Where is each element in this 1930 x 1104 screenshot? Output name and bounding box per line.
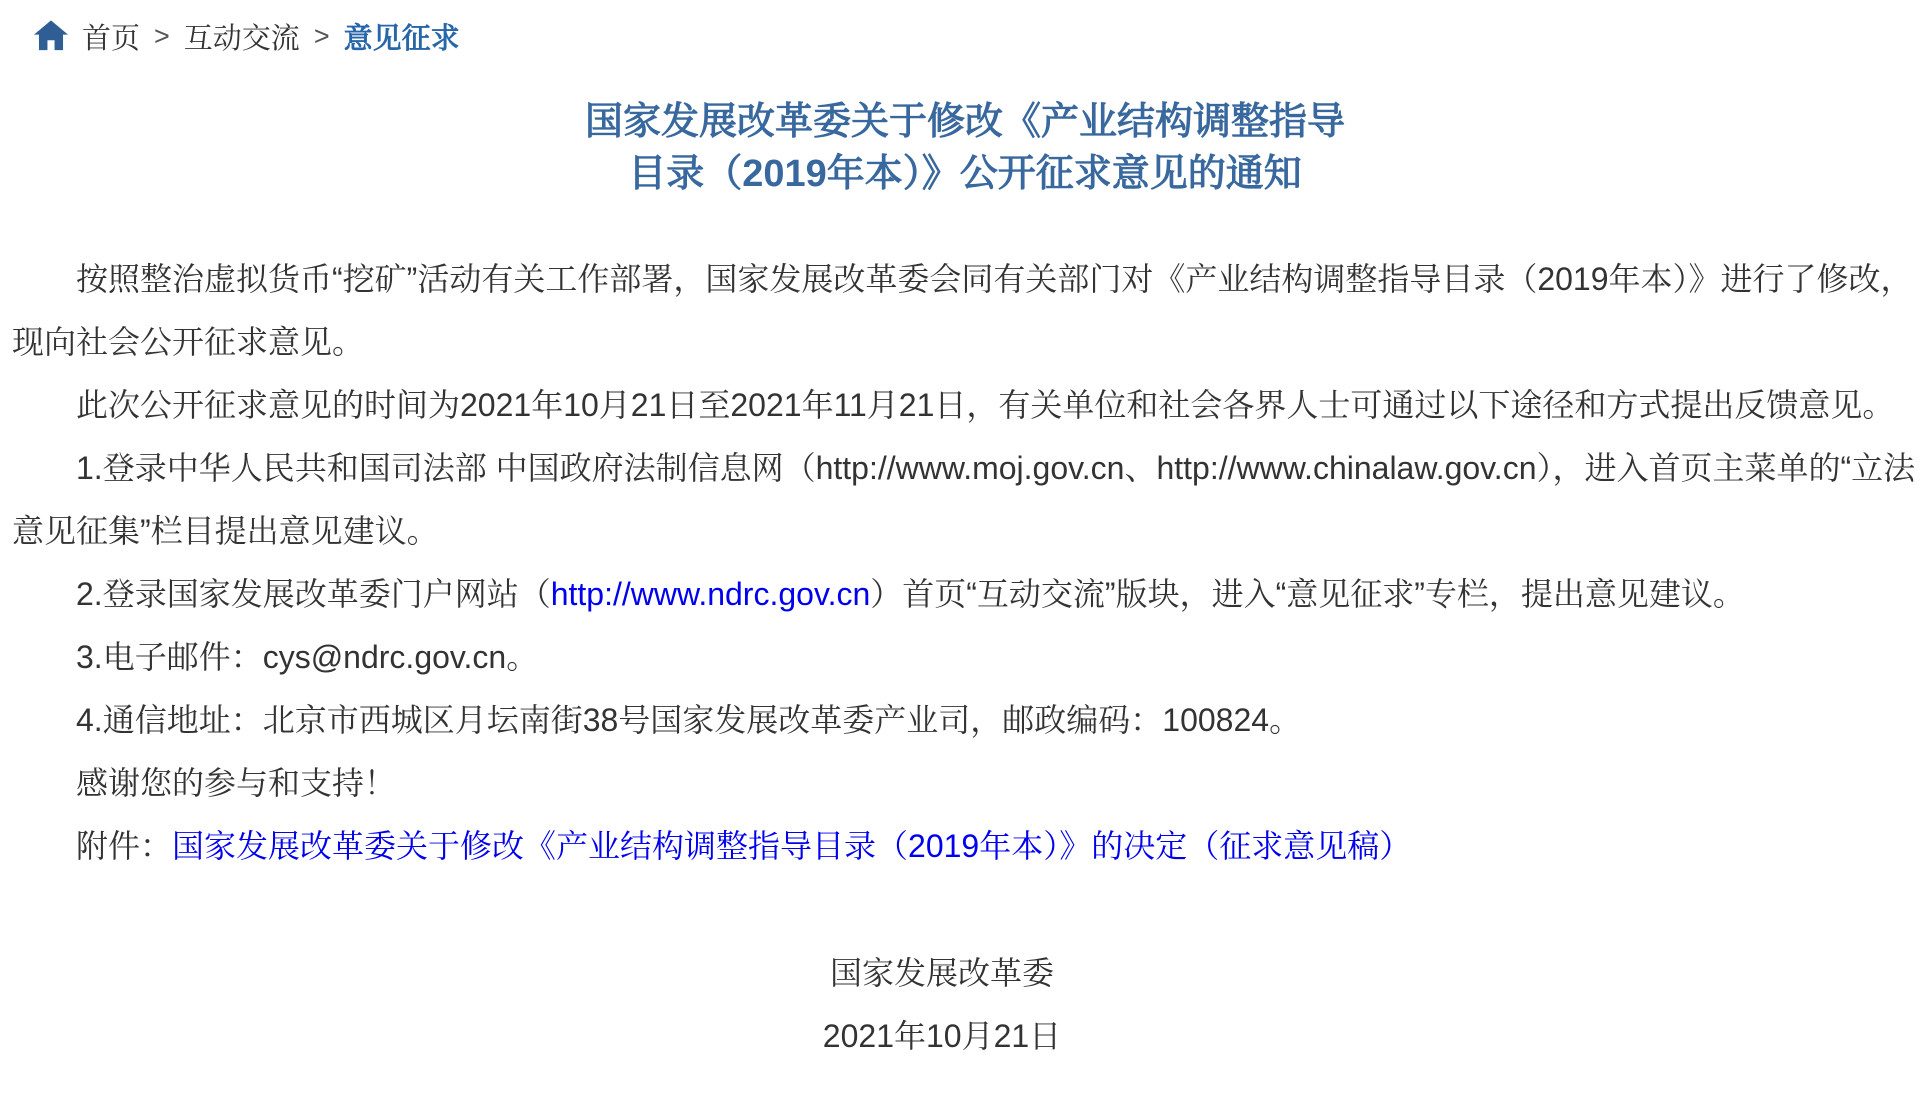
channel-ndrc-text-post: ）首页“互动交流”版块，进入“意见征求”专栏，提出意见建议。 (870, 576, 1745, 612)
paragraph-timeframe: 此次公开征求意见的时间为2021年10月21日至2021年11月21日，有关单位… (12, 374, 1918, 437)
page-title-line1: 国家发展改革委关于修改《产业结构调整指导 (0, 96, 1930, 148)
paragraph-channel-email: 3.电子邮件：cys@ndrc.gov.cn。 (12, 626, 1918, 689)
paragraph-intro: 按照整治虚拟货币“挖矿”活动有关工作部署，国家发展改革委会同有关部门对《产业结构… (12, 248, 1918, 374)
signature-block: 国家发展改革委 2021年10月21日 (12, 942, 1918, 1068)
breadcrumb-separator: > (154, 21, 170, 52)
page-title-line2: 目录（2019年本）》公开征求意见的通知 (0, 148, 1930, 200)
signature-org: 国家发展改革委 (12, 942, 1808, 1005)
paragraph-channel-mail-address: 4.通信地址：北京市西城区月坛南街38号国家发展改革委产业司，邮政编码：1008… (12, 689, 1918, 752)
attachment-label: 附件： (76, 828, 172, 864)
attachment-link[interactable]: 国家发展改革委关于修改《产业结构调整指导目录（2019年本）》的决定（征求意见稿… (172, 828, 1411, 864)
ndrc-website-link[interactable]: http://www.ndrc.gov.cn (551, 576, 871, 612)
signature-date: 2021年10月21日 (12, 1005, 1808, 1068)
channel-ndrc-text-pre: 2.登录国家发展改革委门户网站（ (76, 576, 551, 612)
article-body: 按照整治虚拟货币“挖矿”活动有关工作部署，国家发展改革委会同有关部门对《产业结构… (0, 248, 1930, 1068)
home-icon[interactable] (34, 20, 68, 52)
breadcrumb-item-home[interactable]: 首页 (82, 16, 140, 57)
breadcrumb-item-current: 意见征求 (344, 16, 460, 57)
paragraph-channel-moj: 1.登录中华人民共和国司法部 中国政府法制信息网（http://www.moj.… (12, 437, 1918, 563)
page-title: 国家发展改革委关于修改《产业结构调整指导 目录（2019年本）》公开征求意见的通… (0, 96, 1930, 200)
paragraph-thanks: 感谢您的参与和支持！ (12, 752, 1918, 815)
breadcrumb: 首页 > 互动交流 > 意见征求 (0, 0, 1930, 56)
breadcrumb-separator: > (314, 21, 330, 52)
attachment-line: 附件：国家发展改革委关于修改《产业结构调整指导目录（2019年本）》的决定（征求… (12, 815, 1918, 878)
paragraph-channel-ndrc: 2.登录国家发展改革委门户网站（http://www.ndrc.gov.cn）首… (12, 563, 1918, 626)
breadcrumb-item-interaction[interactable]: 互动交流 (184, 16, 300, 57)
